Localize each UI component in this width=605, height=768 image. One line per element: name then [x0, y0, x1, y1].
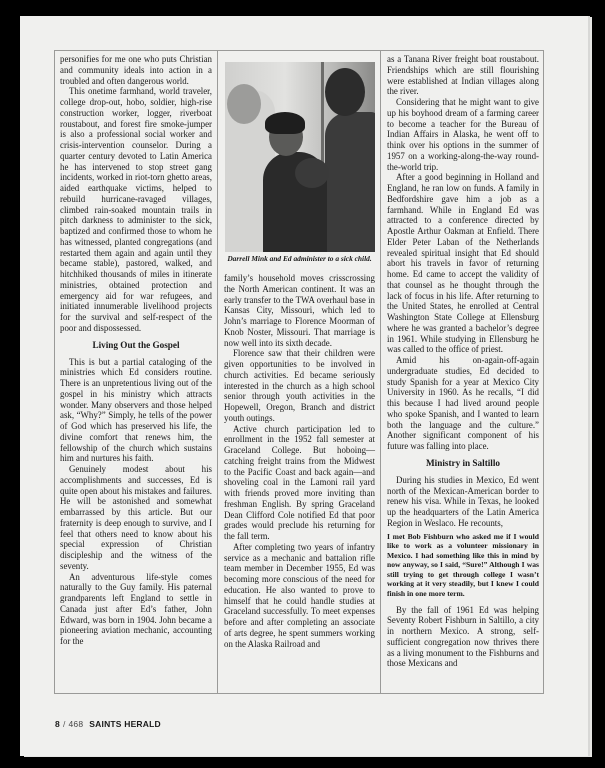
photo-child — [295, 158, 329, 188]
block-quote: I met Bob Fishburn who asked me if I wou… — [387, 532, 539, 599]
paragraph: personifies for me one who puts Christia… — [60, 54, 212, 86]
page-footer: 8/468SAINTS HERALD — [55, 719, 161, 729]
paragraph: This is but a partial cataloging of the … — [60, 357, 212, 465]
photo-head-right — [325, 68, 365, 116]
column-3: as a Tanana River freight boat roustabou… — [381, 50, 544, 694]
volume-page-number: 468 — [69, 719, 84, 729]
paragraph: family’s household moves crisscrossing t… — [224, 273, 375, 348]
paragraph: Active church participation led to enrol… — [224, 424, 375, 542]
folio-separator: / — [63, 719, 66, 729]
photo-figure-right — [325, 112, 375, 252]
paragraph: After a good beginning in Holland and En… — [387, 172, 539, 355]
paragraph: This onetime farmhand, world traveler, c… — [60, 86, 212, 333]
photo-caption: Darrell Mink and Ed administer to a sick… — [224, 254, 375, 263]
paragraph: Genuinely modest about his accomplishmen… — [60, 464, 212, 572]
page-number: 8 — [55, 719, 60, 729]
paragraph: Amid his on-again-off-again undergraduat… — [387, 355, 539, 452]
section-heading: Ministry in Saltillo — [387, 458, 539, 469]
photo-hair-woman — [265, 112, 305, 134]
paragraph: An adventurous life-style comes naturall… — [60, 572, 212, 647]
photo-head-left — [227, 84, 261, 124]
column-1: personifies for me one who puts Christia… — [54, 50, 218, 694]
paragraph: Considering that he might want to give u… — [387, 97, 539, 172]
column-2: Darrell Mink and Ed administer to a sick… — [218, 50, 381, 694]
paragraph: Florence saw that their children were gi… — [224, 348, 375, 423]
paragraph: as a Tanana River freight boat roustabou… — [387, 54, 539, 97]
paragraph: During his studies in Mexico, Ed went no… — [387, 475, 539, 529]
publication-name: SAINTS HERALD — [89, 719, 161, 729]
paragraph: After completing two years of infantry s… — [224, 542, 375, 650]
photo — [225, 62, 375, 252]
paragraph: By the fall of 1961 Ed was helping Seven… — [387, 605, 539, 670]
section-heading: Living Out the Gospel — [60, 340, 212, 351]
